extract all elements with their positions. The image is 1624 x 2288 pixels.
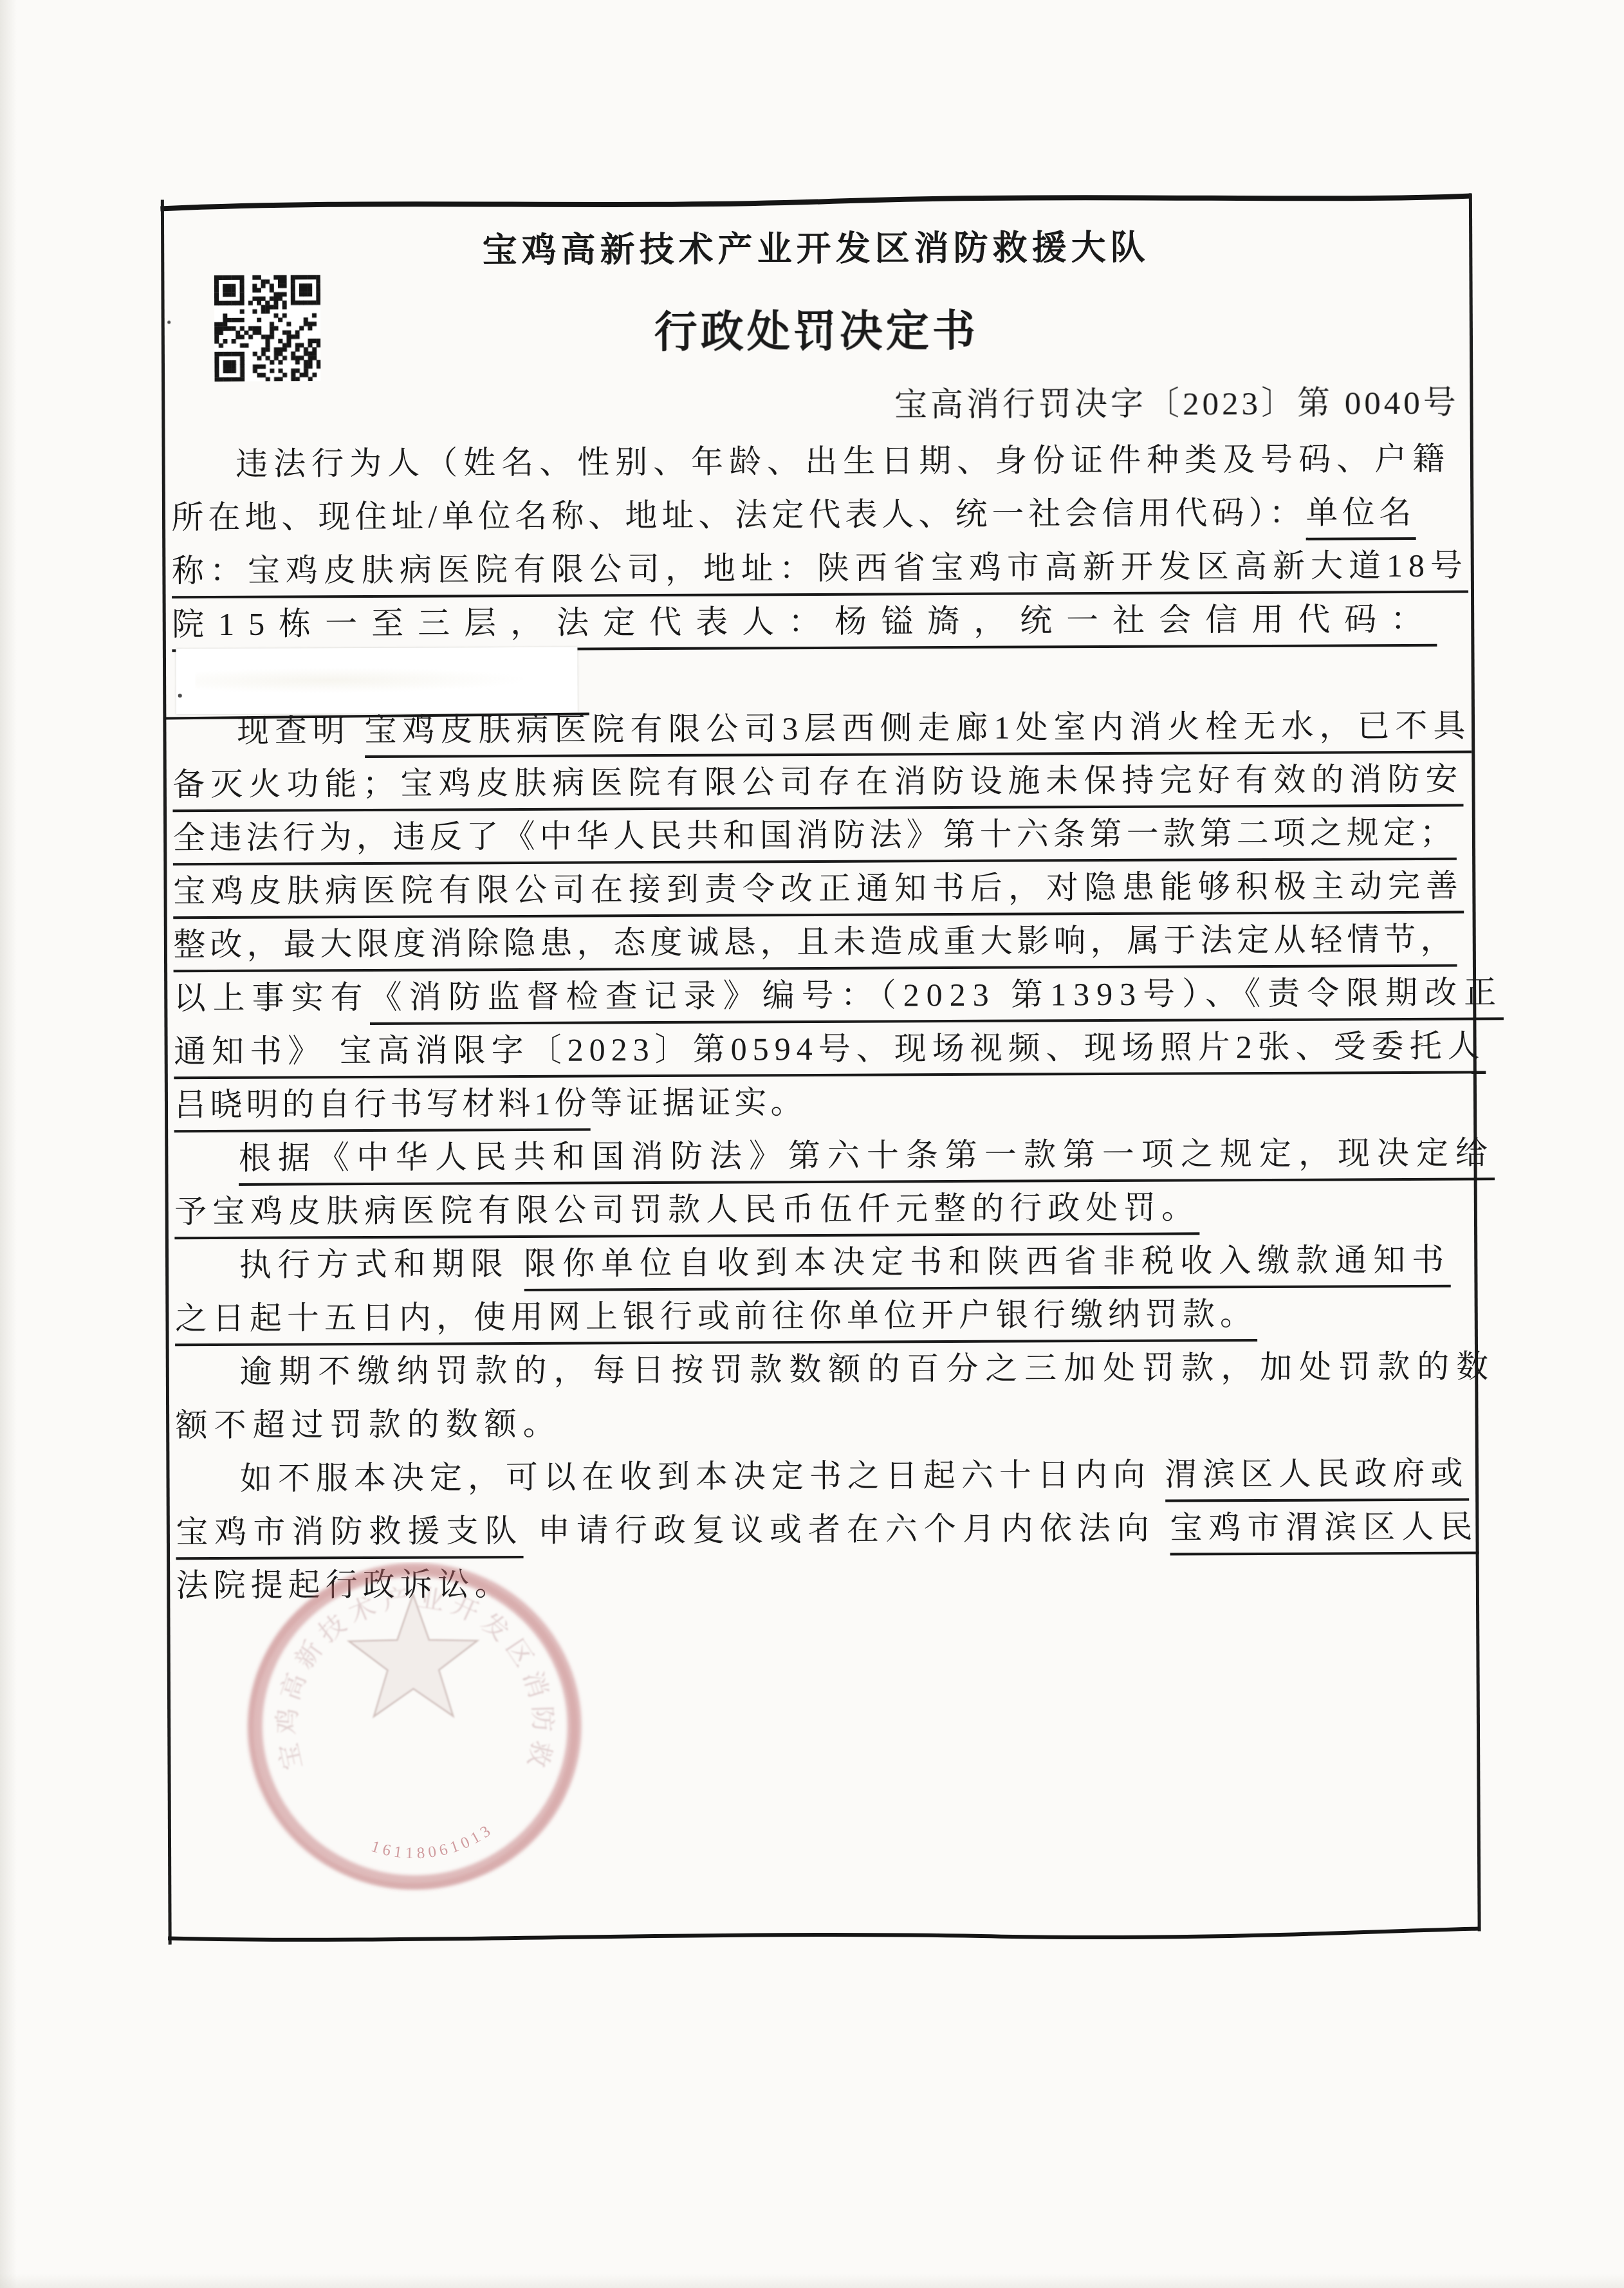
body-line: 逾期不缴纳罚款的，每日按罚款数额的百分之三加处罚款，加处罚款的数 [175, 1348, 1463, 1407]
filled-in-text: 宝鸡市渭滨区人民 [1170, 1508, 1479, 1555]
filled-in-text: 通知书》 宝高消限字〔2023〕第0594号、现场视频、现场照片2张、受委托人 [174, 1028, 1486, 1079]
body-line: 整改，最大限度消除隐患，态度诚恳，且未造成重大影响，属于法定从轻情节， [173, 921, 1461, 980]
form-text: 逾期不缴纳罚款的，每日按罚款数额的百分之三加处罚款，加处罚款的数 [239, 1348, 1495, 1390]
document-number: 宝高消行罚决字〔2023〕第 0040号 [161, 376, 1459, 429]
filled-in-text: 吕晓明的自行书写材料1份 [174, 1085, 590, 1133]
filled-in-text: 渭滨区人民政府或 [1165, 1455, 1468, 1502]
body-line: 现查明 宝鸡皮肤病医院有限公司3层西侧走廊1处室内消火栓无水，已不具 [172, 707, 1461, 766]
body-line: 之日起十五日内，使用网上银行或前往你单位开户银行缴纳罚款。 [175, 1295, 1463, 1354]
body-line: 称：宝鸡皮肤病医院有限公司，地址：陕西省宝鸡市高新开发区高新大道18号 [172, 547, 1460, 606]
form-text: 执行方式和期限 [239, 1246, 524, 1283]
body-line: 予宝鸡皮肤病医院有限公司罚款人民币伍仟元整的行政处罚。 [174, 1188, 1463, 1247]
filled-in-text: 宝鸡市消防救援支队 [176, 1513, 523, 1560]
body-line: 违法行为人（姓名、性别、年龄、出生日期、身份证件种类及号码、户籍 [171, 440, 1459, 499]
body-line: 执行方式和期限 限你单位自收到本决定书和陕西省非税收入缴款通知书 [174, 1241, 1463, 1300]
filled-in-text: 限你单位自收到本决定书和陕西省非税收入缴款通知书 [524, 1242, 1450, 1291]
body-line: 如不服本决定，可以在收到本决定书之日起六十日内向 渭滨区人民政府或 [176, 1455, 1464, 1514]
ink-speck [178, 694, 182, 697]
frame-top-border [160, 196, 1471, 208]
ink-speck [167, 320, 171, 324]
frame-bottom-border [168, 1928, 1479, 1941]
body-line: 根据《中华人民共和国消防法》第六十条第一款第一项之规定，现决定给 [174, 1134, 1463, 1194]
form-text: 以上事实有 [174, 979, 370, 1016]
body-line: 以上事实有《消防监督检查记录》编号：（2023 第1393号）、《责令限期改正 [174, 974, 1462, 1033]
body-line: 备灭火功能；宝鸡皮肤病医院有限公司存在消防设施未保持完好有效的消防安 [172, 761, 1461, 820]
redacted-line [172, 654, 1460, 713]
form-text: 等证据证实。 [590, 1084, 806, 1121]
body-line: 额不超过罚款的数额。 [176, 1401, 1464, 1461]
form-text: 申请行政复议或者在六个月内依法向 [523, 1510, 1170, 1549]
agency-title: 宝鸡高新技术产业开发区消防救援大队 [161, 219, 1472, 274]
frame-left-border [162, 199, 170, 1944]
form-text: 现查明 [237, 712, 365, 749]
filled-in-text: 备灭火功能；宝鸡皮肤病医院有限公司存在消防设施未保持完好有效的消防安 [172, 761, 1463, 813]
official-seal: 宝鸡高新技术产业开发区消防救援大队 16118061013 [244, 1562, 586, 1904]
filled-in-text: 全违法行为，违反了《中华人民共和国消防法》第十六条第一款第二项之规定； [173, 815, 1457, 866]
filled-in-text: 予宝鸡皮肤病医院有限公司罚款人民币伍仟元整的行政处罚。 [174, 1189, 1199, 1239]
filled-in-text: 整改，最大限度消除隐患，态度诚恳，且未造成重大影响，属于法定从轻情节， [173, 921, 1457, 973]
filled-in-text: 院15栋一至三层，法定代表人：杨镒旖，统一社会信用代码： [172, 601, 1437, 652]
redaction-box [176, 647, 577, 715]
page-title: 行政处罚决定书 [161, 295, 1472, 362]
body-line: 通知书》 宝高消限字〔2023〕第0594号、现场视频、现场照片2张、受委托人 [174, 1028, 1462, 1087]
form-text: 违法行为人（姓名、性别、年龄、出生日期、身份证件种类及号码、户籍 [235, 441, 1450, 482]
filled-in-text: 根据《中华人民共和国消防法》第六十条第一款第一项之规定，现决定给 [239, 1134, 1495, 1186]
form-text: 所在地、现住址/单位名称、地址、法定代表人、统一社会信用代码）： [171, 495, 1306, 536]
filled-in-text: 宝鸡皮肤病医院有限公司在接到责令改正通知书后，对隐患能够积极主动完善 [173, 868, 1464, 919]
body-line: 吕晓明的自行书写材料1份等证据证实。 [174, 1081, 1462, 1140]
filled-in-text: 单位名 [1306, 494, 1416, 540]
filled-in-text: 之日起十五日内，使用网上银行或前往你单位开户银行缴纳罚款。 [175, 1296, 1257, 1346]
document-scan: 宝鸡高新技术产业开发区消防救援大队 行政处罚决定书 宝高消行罚决字〔2023〕第… [0, 0, 1624, 2288]
body-line: 宝鸡市消防救援支队 申请行政复议或者在六个月内依法向 宝鸡市渭滨区人民 [176, 1508, 1464, 1567]
form-text: 额不超过罚款的数额。 [176, 1406, 562, 1444]
form-text: 如不服本决定，可以在收到本决定书之日起六十日内向 [240, 1457, 1165, 1497]
filled-in-text: 宝鸡皮肤病医院有限公司3层西侧走廊1处室内消火栓无水，已不具 [364, 708, 1471, 759]
scanned-penalty-decision-page: 宝鸡高新技术产业开发区消防救援大队 行政处罚决定书 宝高消行罚决字〔2023〕第… [0, 0, 1624, 2288]
body-line: 宝鸡皮肤病医院有限公司在接到责令改正通知书后，对隐患能够积极主动完善 [173, 867, 1461, 927]
body-line: 全违法行为，违反了《中华人民共和国消防法》第十六条第一款第二项之规定； [173, 814, 1461, 873]
body-line: 所在地、现住址/单位名称、地址、法定代表人、统一社会信用代码）：单位名 [171, 494, 1459, 553]
filled-in-text: 《消防监督检查记录》编号：（2023 第1393号）、《责令限期改正 [370, 974, 1504, 1025]
filled-in-text: 称：宝鸡皮肤病医院有限公司，地址：陕西省宝鸡市高新开发区高新大道18号 [172, 548, 1468, 599]
seal-serial: 16118061013 [369, 1820, 497, 1862]
